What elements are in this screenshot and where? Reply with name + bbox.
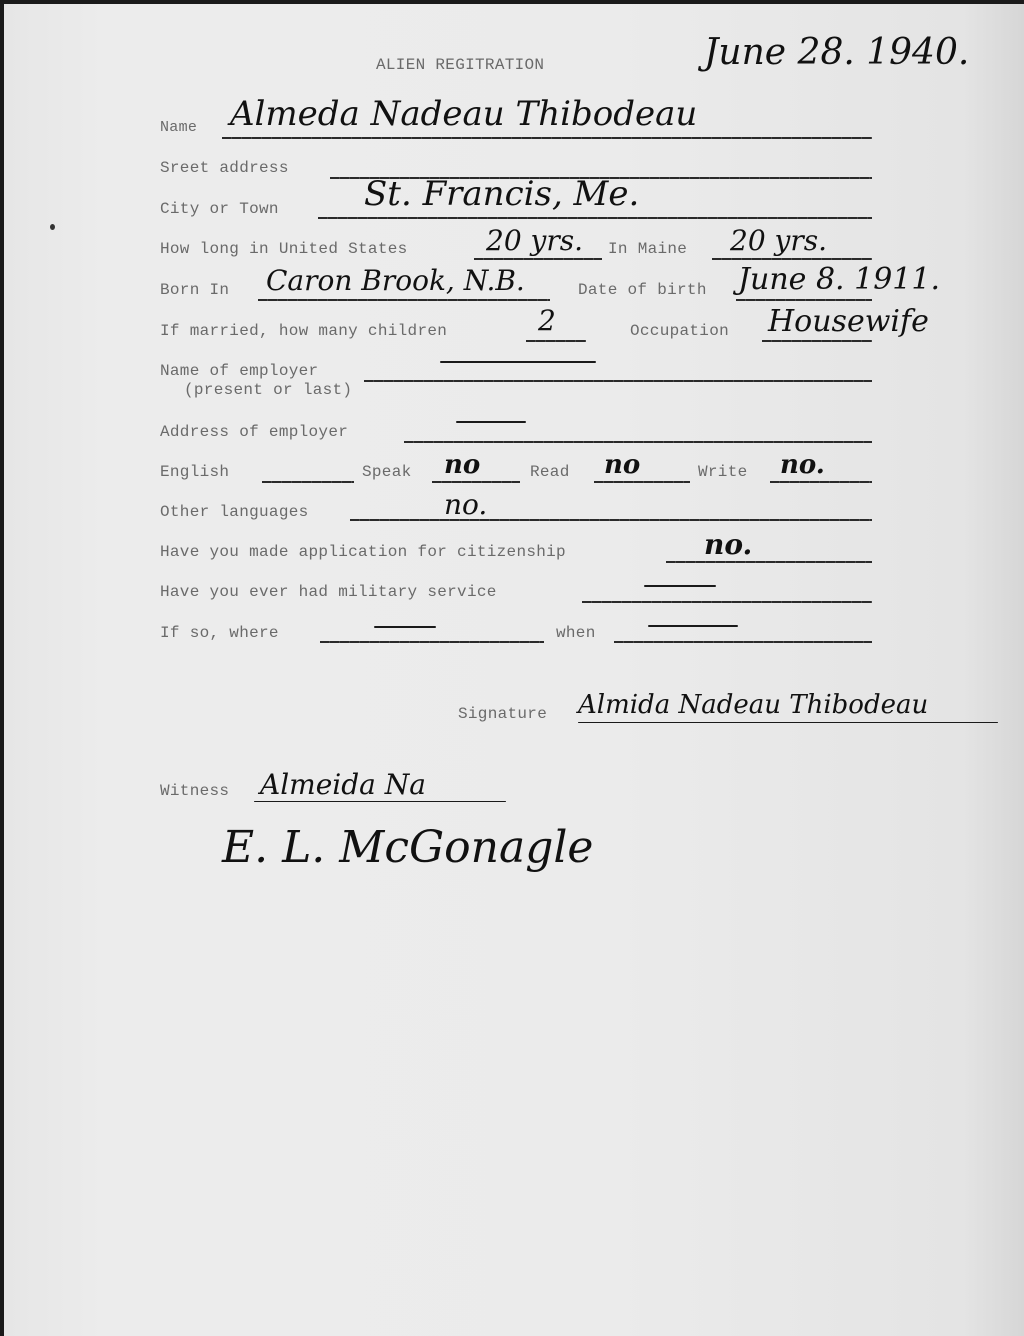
when-label: when (556, 624, 596, 642)
when-dash (648, 625, 738, 627)
employer-name-sublabel: (present or last) (184, 381, 352, 399)
military-line (582, 601, 872, 603)
employer-name-label: Name of employer (160, 362, 318, 380)
employer-name-dash (440, 361, 596, 363)
write-line (770, 481, 872, 483)
employer-address-label: Address of employer (160, 423, 348, 441)
city-label: City or Town (160, 200, 279, 218)
employer-address-dash (456, 421, 526, 423)
in-maine-line (712, 258, 872, 260)
write-label: Write (698, 463, 748, 481)
form-date: June 28. 1940. (704, 32, 969, 73)
citizenship-label: Have you made application for citizenshi… (160, 543, 566, 561)
dob-label: Date of birth (578, 281, 707, 299)
street-label: Sreet address (160, 159, 289, 177)
document-page: ALIEN REGITRATION June 28. 1940. Name Al… (4, 4, 1024, 1336)
witness-underline (254, 801, 506, 802)
born-in-line (258, 299, 550, 301)
english-label: English (160, 463, 229, 481)
citizenship-line (666, 561, 872, 563)
children-value: 2 (538, 304, 556, 337)
occupation-label: Occupation (630, 322, 729, 340)
witness-label: Witness (160, 782, 229, 800)
speak-line (432, 481, 520, 483)
name-label: Name (160, 119, 197, 136)
witness-second-signature: E. L. McGonagle (222, 822, 593, 873)
witness-value: Almeida Na (260, 768, 426, 801)
signature-underline (578, 722, 998, 723)
read-value: no (604, 450, 640, 480)
children-line (526, 340, 586, 342)
occupation-line (762, 340, 872, 342)
other-languages-line (350, 519, 872, 521)
when-line (614, 641, 872, 643)
signature-value: Almida Nadeau Thibodeau (578, 690, 928, 720)
city-line (318, 217, 872, 219)
employer-address-line (404, 441, 872, 443)
paper-speck (50, 224, 55, 230)
name-value: Almeda Nadeau Thibodeau (230, 94, 697, 134)
children-label: If married, how many children (160, 322, 447, 340)
speak-label: Speak (362, 463, 412, 481)
born-in-label: Born In (160, 281, 229, 299)
other-languages-label: Other languages (160, 503, 309, 521)
read-line (594, 481, 690, 483)
how-long-us-label: How long in United States (160, 240, 408, 258)
where-line (320, 641, 544, 643)
how-long-us-line (474, 258, 602, 260)
dob-line (736, 299, 872, 301)
in-maine-label: In Maine (608, 240, 687, 258)
english-line (262, 481, 354, 483)
city-value: St. Francis, Me. (364, 174, 639, 214)
name-line (222, 137, 872, 139)
where-dash (374, 626, 436, 628)
form-title: ALIEN REGITRATION (376, 56, 544, 74)
how-long-us-value: 20 yrs. (486, 224, 583, 257)
occupation-value: Housewife (768, 304, 929, 339)
military-dash (644, 585, 716, 587)
born-in-value: Caron Brook, N.B. (266, 264, 525, 297)
speak-value: no (444, 450, 480, 480)
read-label: Read (530, 463, 570, 481)
write-value: no. (780, 450, 825, 480)
employer-name-line (364, 380, 872, 382)
military-label: Have you ever had military service (160, 583, 497, 601)
dob-value: June 8. 1911. (738, 262, 940, 297)
signature-label: Signature (458, 705, 547, 723)
where-label: If so, where (160, 624, 279, 642)
other-languages-value: no. (444, 488, 487, 521)
citizenship-value: no. (704, 528, 752, 561)
in-maine-value: 20 yrs. (730, 224, 827, 257)
